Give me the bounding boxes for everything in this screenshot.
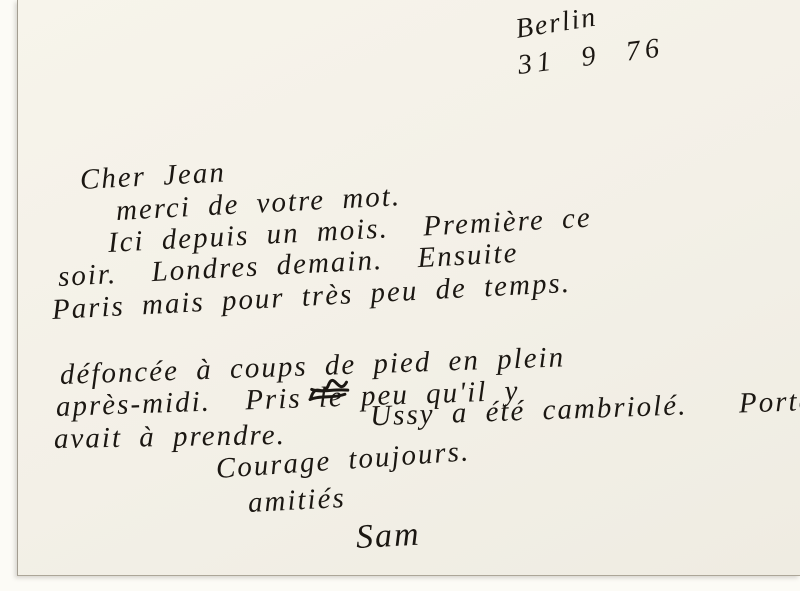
letter-card: Berlin 31 9 76 Cher Jean merci de votre … bbox=[17, 0, 800, 576]
letter-photo: Berlin 31 9 76 Cher Jean merci de votre … bbox=[0, 0, 800, 591]
signature: Sam bbox=[355, 518, 421, 555]
body-line: avait à prendre. bbox=[54, 421, 286, 454]
closing-line: amitiés bbox=[247, 484, 346, 518]
dateline-location: Berlin bbox=[514, 3, 599, 43]
